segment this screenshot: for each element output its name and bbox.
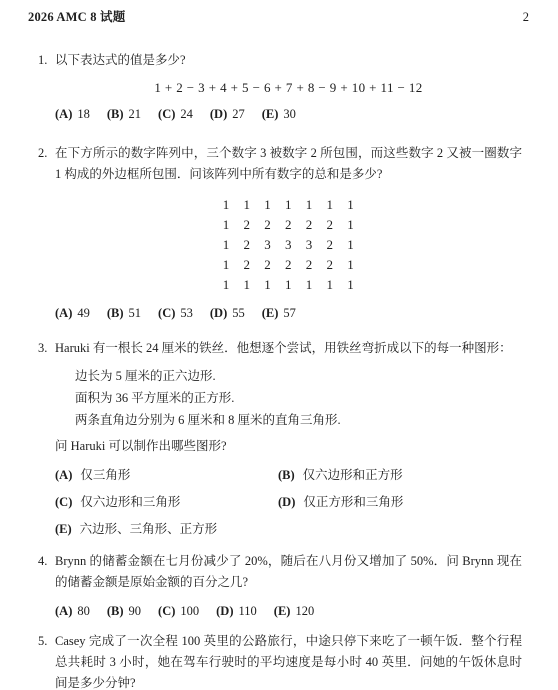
choice-value: 六边形、三角形、正方形: [80, 522, 218, 536]
problem-2-body: 在下方所示的数字阵列中，三个数字 3 被数字 2 所包围，而这些数字 2 又被一…: [55, 143, 522, 324]
choice-value: 120: [295, 604, 314, 618]
choice-letter: (B): [107, 604, 124, 618]
choice-letter: (B): [107, 306, 124, 320]
problem-3-number: 3.: [38, 338, 55, 540]
choice-value: 仅六边形和三角形: [80, 495, 180, 509]
choice-value: 18: [77, 107, 90, 121]
problem-2: 2. 在下方所示的数字阵列中，三个数字 3 被数字 2 所包围，而这些数字 2 …: [38, 143, 522, 324]
choice-value: 100: [180, 604, 199, 618]
choice-c: (C)24: [158, 104, 193, 125]
choice-e: (E)57: [262, 303, 296, 324]
choice-letter: (C): [55, 495, 72, 509]
choice-a: (A)80: [55, 601, 90, 622]
choice-value: 51: [129, 306, 142, 320]
problem-1-expression: 1 + 2 − 3 + 4 + 5 − 6 + 7 + 8 − 9 + 10 +…: [55, 80, 522, 96]
problems-list: 1. 以下表达式的值是多少? 1 + 2 − 3 + 4 + 5 − 6 + 7…: [0, 50, 558, 690]
choice-value: 27: [232, 107, 245, 121]
choice-letter: (C): [158, 604, 175, 618]
choice-value: 57: [283, 306, 296, 320]
choice-letter: (E): [262, 107, 279, 121]
choice-letter: (B): [278, 468, 295, 482]
choice-value: 53: [180, 306, 193, 320]
array-row: 1 1 1 1 1 1 1: [55, 195, 522, 215]
problem-1-number: 1.: [38, 50, 55, 125]
problem-5-number: 5.: [38, 631, 55, 690]
choice-c: (C)100: [158, 601, 199, 622]
problem-3-question: 问 Haruki 可以制作出哪些图形?: [55, 436, 522, 457]
choice-letter: (A): [55, 107, 72, 121]
choice-letter: (A): [55, 306, 72, 320]
array-row: 1 2 2 2 2 2 1: [55, 215, 522, 235]
choice-value: 49: [77, 306, 90, 320]
problem-4-number: 4.: [38, 551, 55, 622]
problem-1-body: 以下表达式的值是多少? 1 + 2 − 3 + 4 + 5 − 6 + 7 + …: [55, 50, 522, 125]
problem-4-body: Brynn 的储蓄金额在七月份减少了 20%，随后在八月份又增加了 50%．问 …: [55, 551, 522, 622]
choice-a: (A)49: [55, 303, 90, 324]
choice-value: 仅正方形和三角形: [303, 495, 403, 509]
document-page: 2026 AMC 8 试题 2 1. 以下表达式的值是多少? 1 + 2 − 3…: [0, 0, 558, 690]
choice-e: (E)120: [274, 601, 314, 622]
shape-item-triangle: 两条直角边分别为 6 厘米和 8 厘米的直角三角形.: [75, 409, 522, 431]
choice-value: 仅六边形和正方形: [303, 468, 403, 482]
choice-e: (E)六边形、三角形、正方形: [55, 519, 278, 540]
choice-c: (C)53: [158, 303, 193, 324]
problem-5-body: Casey 完成了一次全程 100 英里的公路旅行，中途只停下来吃了一顿午饭．整…: [55, 631, 522, 690]
problem-1-text: 以下表达式的值是多少?: [55, 50, 522, 71]
choice-value: 仅三角形: [80, 468, 130, 482]
choice-b: (B)21: [107, 104, 141, 125]
array-row: 1 2 2 2 2 2 1: [55, 255, 522, 275]
shape-item-square: 面积为 36 平方厘米的正方形.: [75, 387, 522, 409]
choice-b: (B)仅六边形和正方形: [278, 465, 522, 486]
problem-5-text: Casey 完成了一次全程 100 英里的公路旅行，中途只停下来吃了一顿午饭．整…: [55, 631, 522, 690]
array-row: 1 2 3 3 3 2 1: [55, 235, 522, 255]
choice-a: (A)18: [55, 104, 90, 125]
choice-letter: (B): [107, 107, 124, 121]
problem-4-choices: (A)80 (B)90 (C)100 (D)110 (E)120: [55, 601, 522, 622]
problem-3-body: Haruki 有一根长 24 厘米的铁丝．他想逐个尝试，用铁丝弯折成以下的每一种…: [55, 338, 522, 540]
choice-d: (D)55: [210, 303, 245, 324]
document-title: 2026 AMC 8 试题: [28, 7, 125, 25]
choice-d: (D)27: [210, 104, 245, 125]
problem-1-choices: (A)18 (B)21 (C)24 (D)27 (E)30: [55, 104, 522, 125]
choice-letter: (D): [216, 604, 233, 618]
choice-letter: (E): [274, 604, 291, 618]
choice-value: 110: [239, 604, 257, 618]
choice-letter: (D): [210, 107, 227, 121]
shape-item-hexagon: 边长为 5 厘米的正六边形.: [75, 365, 522, 387]
choice-b: (B)90: [107, 601, 141, 622]
problem-3-shape-list: 边长为 5 厘米的正六边形. 面积为 36 平方厘米的正方形. 两条直角边分别为…: [75, 365, 522, 431]
choice-value: 90: [129, 604, 142, 618]
page-header: 2026 AMC 8 试题 2: [0, 0, 558, 25]
array-row: 1 1 1 1 1 1 1: [55, 275, 522, 295]
problem-2-choices: (A)49 (B)51 (C)53 (D)55 (E)57: [55, 303, 522, 324]
number-array: 1 1 1 1 1 1 1 1 2 2 2 2 2 1 1 2 3 3 3 2 …: [55, 195, 522, 295]
choice-value: 30: [283, 107, 296, 121]
choice-letter: (A): [55, 468, 72, 482]
choice-value: 80: [77, 604, 90, 618]
page-number: 2: [523, 10, 529, 25]
problem-1: 1. 以下表达式的值是多少? 1 + 2 − 3 + 4 + 5 − 6 + 7…: [38, 50, 522, 125]
problem-3-choices: (A)仅三角形 (B)仅六边形和正方形 (C)仅六边形和三角形 (D)仅正方形和…: [55, 465, 522, 540]
choice-c: (C)仅六边形和三角形: [55, 492, 278, 513]
problem-3-text: Haruki 有一根长 24 厘米的铁丝．他想逐个尝试，用铁丝弯折成以下的每一种…: [55, 338, 522, 359]
problem-4-text: Brynn 的储蓄金额在七月份减少了 20%，随后在八月份又增加了 50%．问 …: [55, 551, 522, 593]
choice-value: 21: [129, 107, 142, 121]
problem-4: 4. Brynn 的储蓄金额在七月份减少了 20%，随后在八月份又增加了 50%…: [38, 551, 522, 622]
choice-letter: (A): [55, 604, 72, 618]
problem-2-text: 在下方所示的数字阵列中，三个数字 3 被数字 2 所包围，而这些数字 2 又被一…: [55, 143, 522, 185]
choice-letter: (D): [210, 306, 227, 320]
choice-d: (D)110: [216, 601, 257, 622]
choice-letter: (C): [158, 107, 175, 121]
problem-2-number: 2.: [38, 143, 55, 324]
choice-letter: (C): [158, 306, 175, 320]
choice-a: (A)仅三角形: [55, 465, 278, 486]
choice-letter: (E): [55, 522, 72, 536]
choice-d: (D)仅正方形和三角形: [278, 492, 522, 513]
choice-value: 55: [232, 306, 245, 320]
problem-3: 3. Haruki 有一根长 24 厘米的铁丝．他想逐个尝试，用铁丝弯折成以下的…: [38, 338, 522, 540]
choice-letter: (D): [278, 495, 295, 509]
choice-letter: (E): [262, 306, 279, 320]
choice-e: (E)30: [262, 104, 296, 125]
choice-value: 24: [180, 107, 193, 121]
problem-5: 5. Casey 完成了一次全程 100 英里的公路旅行，中途只停下来吃了一顿午…: [38, 631, 522, 690]
choice-b: (B)51: [107, 303, 141, 324]
